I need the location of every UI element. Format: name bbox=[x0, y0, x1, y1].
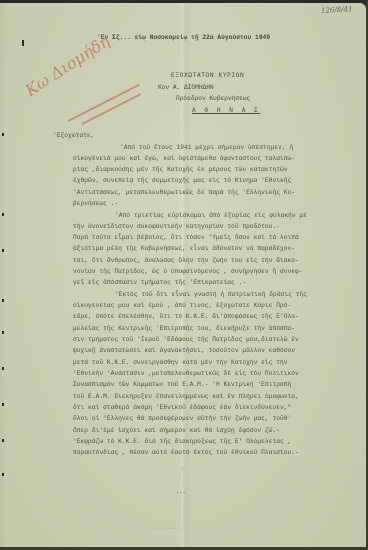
body-line: ἀξιότιμα μέλη τῆς Κυβερνήσεως, εἶναι ἀδύ… bbox=[73, 245, 295, 252]
body-line: 'Εκτός τοῦ ὅτι εἶναι γνωστή ἡ πατριωτική… bbox=[115, 291, 307, 298]
punch-mark bbox=[2, 439, 4, 442]
punch-mark bbox=[2, 331, 4, 334]
dateline: 'Εν Σζ... εἰῳ Νοσοκομείῳ τῇ 22α Αὐγούστο… bbox=[97, 34, 270, 41]
body-line: 'Από τοῦ ἔτους 1941 μέχρι σήμερον ὑπέστη… bbox=[120, 144, 293, 151]
body-line: ται, ὅτι ἄνθρωπος, ἀναλώσας ὅλην τήν ζωή… bbox=[73, 257, 299, 264]
body-line: Παρά ταῦτα εἶμαι βέβαιος, ὅτι τόσον 'Υμε… bbox=[73, 234, 299, 241]
body-line: εδρε, ὁπότε ἐπελέσθην, ὅτι τό Κ.Κ.Ε. δι'… bbox=[73, 313, 299, 320]
body-line: ἐχθρῶν, συνεπείᾳ τῆς συμμετοχῆς μας εἰς … bbox=[73, 177, 291, 184]
body-line: ὅλοι οἱ 'Ελληνες θά προσεφέρομεν αὐτήν τ… bbox=[73, 415, 291, 422]
punch-mark bbox=[2, 299, 4, 302]
bleed-through-mark: ▪▪▪ bbox=[176, 490, 186, 497]
body-line: γεῖ εἰς ἀπόσπασιν τμήματος τῆς 'Επικρατε… bbox=[73, 279, 246, 286]
body-line: παραυτόνδιας , θέσαν αὐτό ἑαυτό ἐκτός το… bbox=[73, 449, 299, 456]
body-line: βερνήσεως .- bbox=[73, 200, 118, 207]
salutation: 'Εξοχώτατε, bbox=[53, 132, 94, 139]
addressee-name: Κον Α. ΔΙΟΜΗΔΗΝ bbox=[158, 84, 214, 91]
red-underline-1 bbox=[68, 84, 140, 122]
document-page: 126/8/41 'Εν Σζ... εἰῳ Νοσοκομείῳ τῇ 22α… bbox=[0, 3, 366, 548]
punch-mark bbox=[2, 473, 4, 476]
body-line: οἰκογένειά μου καί ἐγώ, καί ὑφιστάμεθα ἀ… bbox=[73, 155, 295, 162]
body-line: σιν τμήματος τοῦ 'Ιεροῦ 'Εδάφους τῆς Πατ… bbox=[73, 336, 299, 343]
punch-mark bbox=[2, 213, 4, 216]
body-line: ὅπερ δι'ἐμέ ἰσχύει καί σήμερον καί θά ἰσ… bbox=[73, 427, 280, 434]
body-line: οἰκογενείας μου καί ἐμοῦ , ἀπό τινος, ἐξ… bbox=[73, 302, 291, 309]
punch-mark bbox=[2, 403, 4, 406]
bleed-through-mark: ▪▪▪▪▪▪▪▪▪▪ bbox=[150, 525, 183, 532]
body-line: 'Από τριετίας εὑρίσκομαι ἀπό ἐξορίας εἰς… bbox=[115, 212, 307, 219]
handwritten-red-annotation: Κω Διομήδη bbox=[22, 31, 113, 100]
body-line: νονίαν τῆς Πατρίδος, ὡς ὁ ὑποφαινόμενος … bbox=[73, 268, 303, 275]
addressee-city: Α Θ Η Ν Α Σ bbox=[192, 107, 260, 114]
bleed-through-mark: Ⓢ bbox=[180, 465, 186, 473]
addressee-position: Πρόεδρον Κυβερνήσεως bbox=[176, 95, 250, 102]
punch-mark bbox=[2, 133, 4, 136]
body-line: Συνασπισμόν τῶν Κομμάτων τοῦ Ε.Α.Μ.- 'Η … bbox=[73, 381, 291, 388]
body-line: ψυχικῇ ἀναστατώσει καί ἀγανακτήσει, τοσο… bbox=[73, 347, 295, 354]
body-line: 'Εθνικήν 'Ανάστασιν ,μεταπελευθερωτικῶς … bbox=[73, 370, 299, 377]
body-line: τοῦ Ε.Α.Μ. διεκήρυξεν ἐπανειλημμένως καί… bbox=[73, 393, 299, 400]
body-line: ρίας ,διαρκούσης μέν τῆς Κατοχῆς ἐκ μέρο… bbox=[73, 166, 288, 173]
body-line: μετά τοῦ Κ.Κ.Ε. συνειργάσθην κατά μέν τή… bbox=[73, 359, 288, 366]
punch-mark bbox=[2, 367, 4, 370]
bleed-through-mark: · bbox=[181, 477, 184, 484]
body-line: 'Εκφράζω τό Κ.Κ.Ε. διά τῆς διακηρύξεως τ… bbox=[73, 438, 291, 445]
body-line: μελείας τῆς Κεντρικῆς 'Επιτροπῆς του, δι… bbox=[73, 325, 295, 332]
punch-mark bbox=[2, 249, 4, 252]
addressee-title: ΕΞΟΧΩΤΑΤΟΝ ΚΥΡΙΟΝ bbox=[171, 72, 244, 79]
body-line: ὅτι καί σταθερά ἀκόμη 'Εθνικοῦ ἐδάφους ἐ… bbox=[73, 404, 291, 411]
ink-speck bbox=[22, 40, 24, 46]
body-line: 'Αντιστάσεως, μεταπελευθερωτικῶς δέ παρά… bbox=[73, 189, 295, 196]
body-line: τήν ἀνονείδιστον συκοφαντικήν κατηγορίαν… bbox=[73, 223, 280, 230]
archive-number: 126/8/41 bbox=[320, 5, 352, 15]
